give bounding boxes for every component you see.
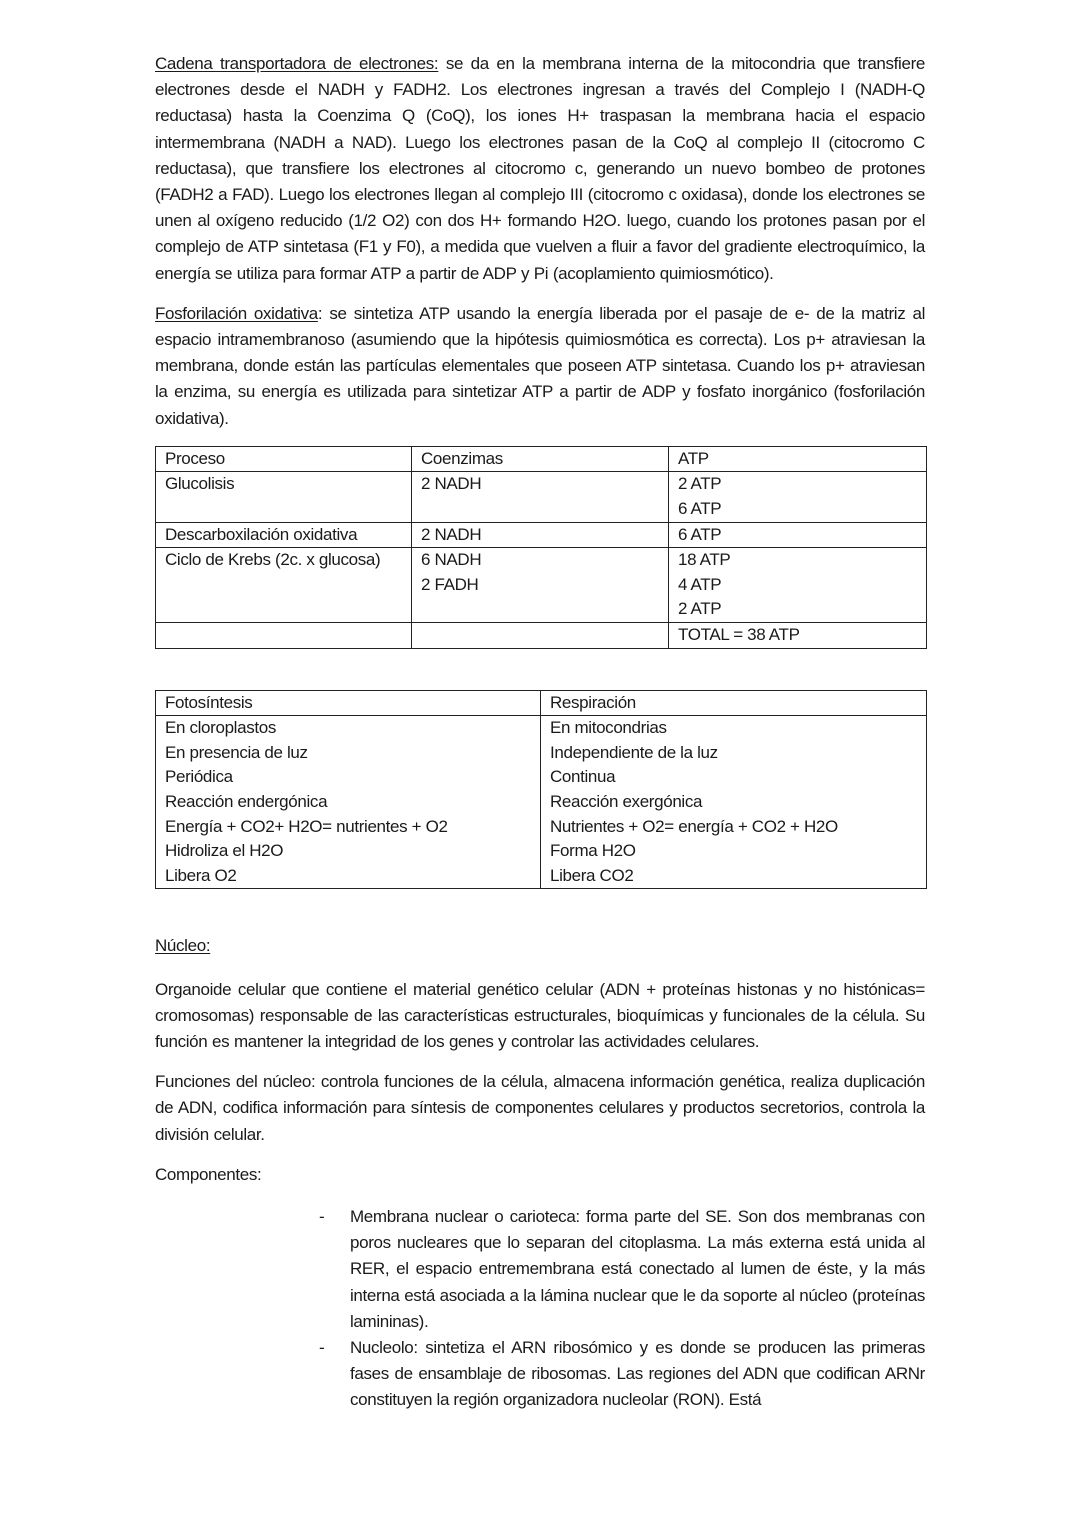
cell-line: ATP — [678, 447, 917, 472]
dash-bullet-icon: - — [319, 1335, 324, 1361]
cell-line: Periódica — [165, 765, 531, 790]
cell-line: Coenzimas — [421, 447, 659, 472]
cell-line: 6 NADH — [421, 548, 659, 573]
table-row: Glucolisis2 NADH2 ATP6 ATP — [156, 472, 927, 522]
table-header-cell: Proceso — [156, 446, 412, 472]
componentes-label: Componentes: — [155, 1162, 925, 1188]
cell-line: Ciclo de Krebs (2c. x glucosa) — [165, 548, 402, 573]
table-header-row: ProcesoCoenzimasATP — [156, 446, 927, 472]
cell-line: Hidroliza el H2O — [165, 839, 531, 864]
list-item: -Nucleolo: sintetiza el ARN ribosómico y… — [350, 1335, 925, 1414]
atp-table: ProcesoCoenzimasATPGlucolisis2 NADH2 ATP… — [155, 446, 927, 649]
cell-line: Proceso — [165, 447, 402, 472]
componentes-list: -Membrana nuclear o carioteca: forma par… — [155, 1204, 925, 1414]
cadena-text: se da en la membrana interna de la mitoc… — [155, 54, 925, 283]
list-item: -Membrana nuclear o carioteca: forma par… — [350, 1204, 925, 1335]
table-header-cell: Fotosíntesis — [156, 690, 541, 716]
cell-line: Reacción endergónica — [165, 790, 531, 815]
proceso-cell: Descarboxilación oxidativa — [156, 522, 412, 548]
atp-cell: 2 ATP6 ATP — [669, 472, 927, 522]
fotosintesis-cell: En cloroplastosEn presencia de luzPeriód… — [156, 716, 541, 889]
cell-line: 6 ATP — [678, 497, 917, 522]
cell-line: Glucolisis — [165, 472, 402, 497]
table-row: Descarboxilación oxidativa2 NADH6 ATP — [156, 522, 927, 548]
cell-line — [165, 623, 402, 648]
table-header-row: FotosíntesisRespiración — [156, 690, 927, 716]
cadena-paragraph: Cadena transportadora de electrones: se … — [155, 51, 925, 287]
cell-line: TOTAL = 38 ATP — [678, 623, 917, 648]
table-row: En cloroplastosEn presencia de luzPeriód… — [156, 716, 927, 889]
cell-line: Libera CO2 — [550, 864, 917, 889]
cell-line: Independiente de la luz — [550, 741, 917, 766]
cell-line: Nutrientes + O2= energía + CO2 + H2O — [550, 815, 917, 840]
cadena-heading: Cadena transportadora de electrones: — [155, 54, 438, 73]
cell-line: 2 ATP — [678, 472, 917, 497]
list-item-text: Nucleolo: sintetiza el ARN ribosómico y … — [350, 1338, 925, 1409]
atp-cell: 18 ATP4 ATP2 ATP — [669, 548, 927, 623]
respiracion-cell: En mitocondriasIndependiente de la luzCo… — [541, 716, 927, 889]
table-row: Ciclo de Krebs (2c. x glucosa)6 NADH2 FA… — [156, 548, 927, 623]
document-page: Cadena transportadora de electrones: se … — [155, 51, 925, 1414]
nucleo-intro: Organoide celular que contiene el materi… — [155, 977, 925, 1056]
table-header-cell: Respiración — [541, 690, 927, 716]
cell-line: Respiración — [550, 691, 917, 716]
coenzimas-cell — [412, 623, 669, 649]
table-header-cell: Coenzimas — [412, 446, 669, 472]
cell-line: 18 ATP — [678, 548, 917, 573]
atp-cell: TOTAL = 38 ATP — [669, 623, 927, 649]
table-header-cell: ATP — [669, 446, 927, 472]
comparison-table: FotosíntesisRespiraciónEn cloroplastosEn… — [155, 690, 927, 890]
cell-line: Descarboxilación oxidativa — [165, 523, 402, 548]
nucleo-heading: Núcleo: — [155, 933, 925, 959]
cell-line: Continua — [550, 765, 917, 790]
coenzimas-cell: 6 NADH2 FADH — [412, 548, 669, 623]
cell-line: 6 ATP — [678, 523, 917, 548]
fosforilacion-paragraph: Fosforilación oxidativa: se sintetiza AT… — [155, 301, 925, 432]
cell-line: Reacción exergónica — [550, 790, 917, 815]
coenzimas-cell: 2 NADH — [412, 472, 669, 522]
cell-line: 2 NADH — [421, 472, 659, 497]
cell-line: Energía + CO2+ H2O= nutrientes + O2 — [165, 815, 531, 840]
cell-line: Forma H2O — [550, 839, 917, 864]
cell-line: En presencia de luz — [165, 741, 531, 766]
cell-line: 4 ATP — [678, 573, 917, 598]
cell-line: 2 ATP — [678, 597, 917, 622]
list-item-text: Membrana nuclear o carioteca: forma part… — [350, 1207, 925, 1331]
cell-line: En mitocondrias — [550, 716, 917, 741]
table-row: TOTAL = 38 ATP — [156, 623, 927, 649]
proceso-cell: Ciclo de Krebs (2c. x glucosa) — [156, 548, 412, 623]
nucleo-title: Núcleo: — [155, 936, 210, 955]
atp-cell: 6 ATP — [669, 522, 927, 548]
cell-line: 2 NADH — [421, 523, 659, 548]
cell-line: Fotosíntesis — [165, 691, 531, 716]
cell-line: 2 FADH — [421, 573, 659, 598]
cell-line: En cloroplastos — [165, 716, 531, 741]
proceso-cell: Glucolisis — [156, 472, 412, 522]
fosforilacion-heading: Fosforilación oxidativa — [155, 304, 318, 323]
dash-bullet-icon: - — [319, 1204, 324, 1230]
nucleo-funciones: Funciones del núcleo: controla funciones… — [155, 1069, 925, 1148]
cell-line: Libera O2 — [165, 864, 531, 889]
proceso-cell — [156, 623, 412, 649]
coenzimas-cell: 2 NADH — [412, 522, 669, 548]
cell-line — [421, 623, 659, 648]
